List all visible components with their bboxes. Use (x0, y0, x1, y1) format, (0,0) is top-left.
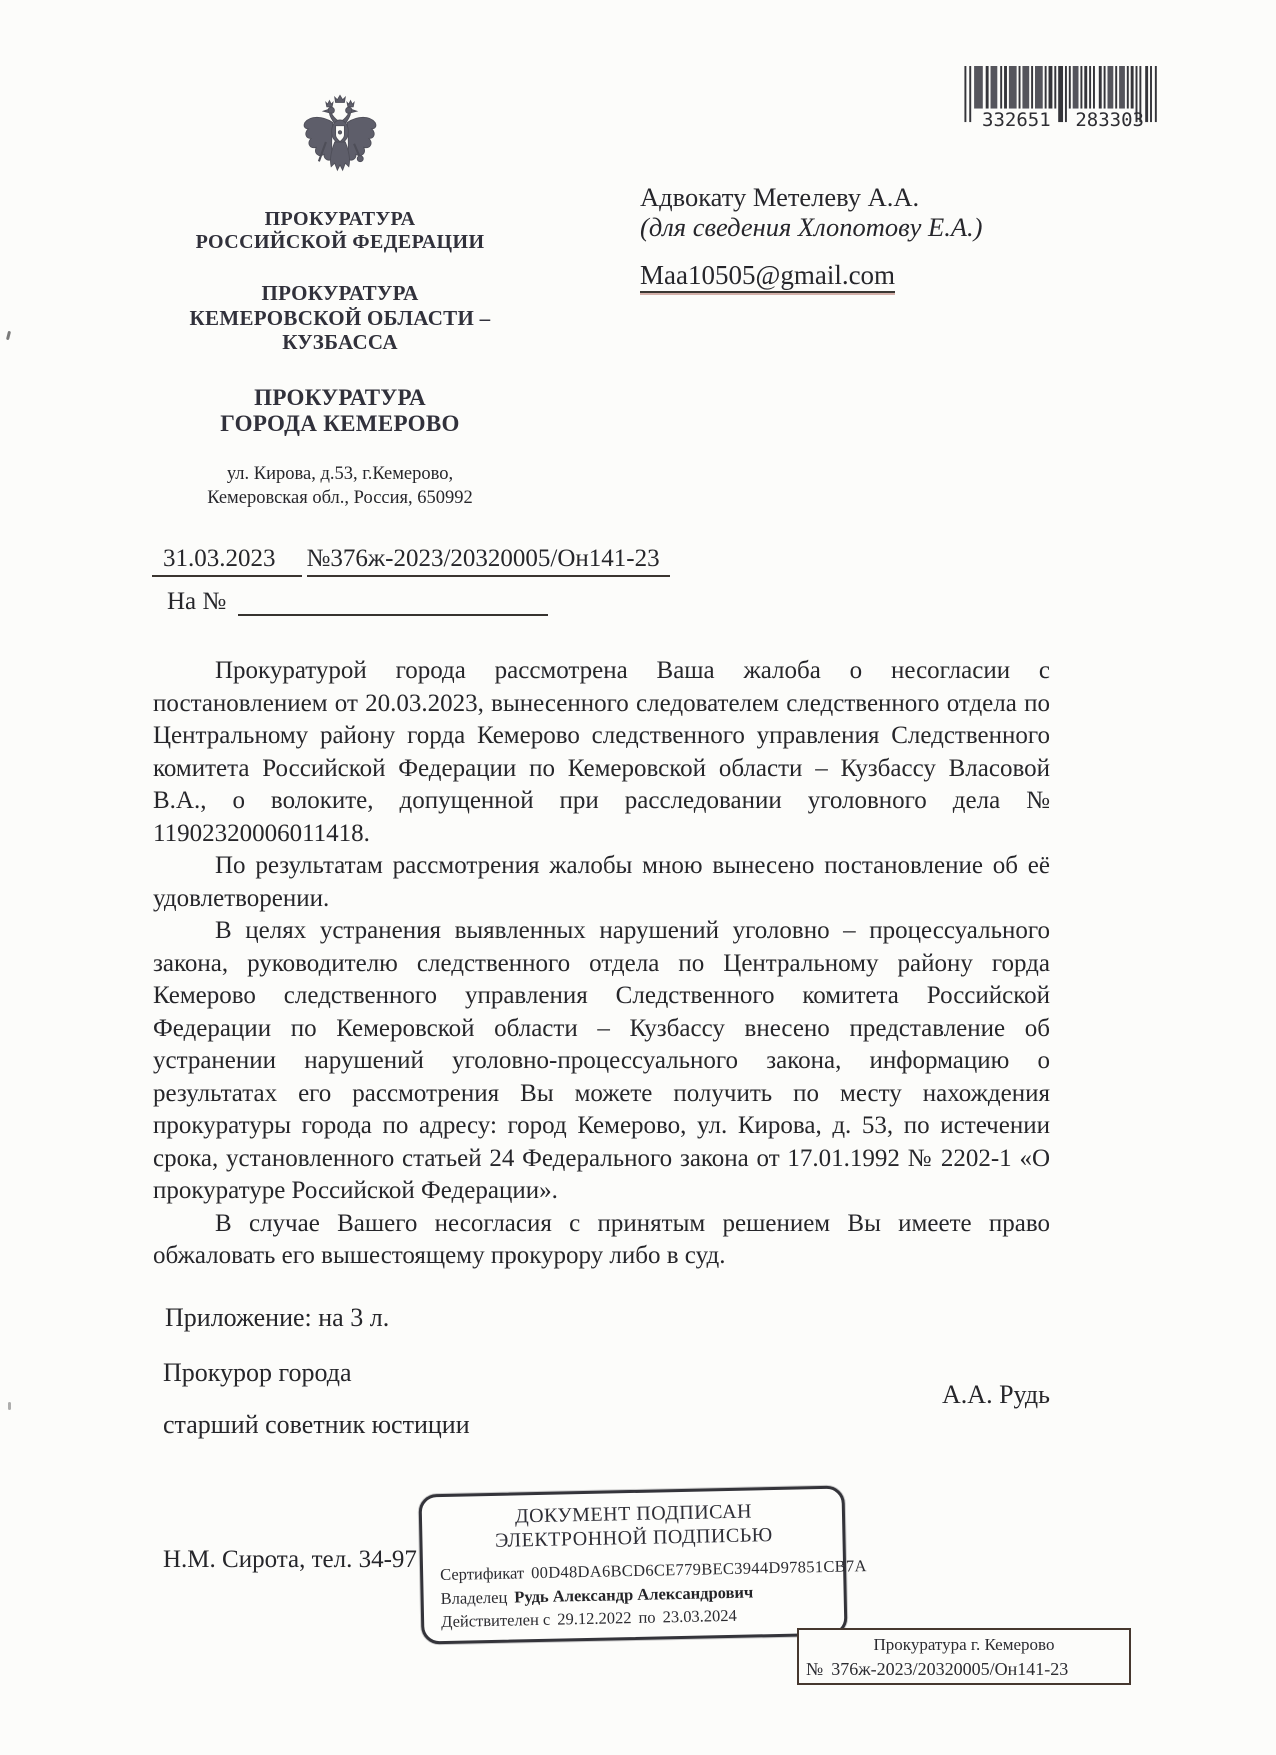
barcode-numbers: 332651 283303 (958, 109, 1170, 131)
body-paragraph: В случае Вашего несогласия с принятым ре… (153, 1208, 1050, 1273)
scan-artifact (8, 1402, 11, 1410)
reply-to-label: На № (167, 588, 226, 615)
letterhead-federation: ПРОКУРАТУРА РОССИЙСКОЙ ФЕДЕРАЦИИ (175, 208, 505, 254)
letterhead-line: ПРОКУРАТУРА (175, 385, 505, 411)
address-line: Кемеровская обл., Россия, 650992 (175, 486, 505, 510)
certificate-label: Сертификат (440, 1563, 524, 1584)
valid-from-date: 29.12.2022 (557, 1608, 632, 1629)
registration-number: 376ж-2023/20320005/Он141-23 (831, 1659, 1068, 1679)
esignature-stamp: ДОКУМЕНТ ПОДПИСАН ЭЛЕКТРОННОЙ ПОДПИСЬЮ С… (418, 1486, 847, 1645)
signer-name: А.А. Рудь (890, 1380, 1050, 1410)
barcode: 332651 283303 (958, 66, 1170, 131)
letterhead-line: КУЗБАССА (175, 330, 505, 355)
letter-body: Прокуратурой города рассмотрена Ваша жал… (153, 655, 1050, 1273)
scanned-letter-page: 332651 283303 (0, 0, 1276, 1755)
letterhead-address: ул. Кирова, д.53, г.Кемерово, Кемеровска… (175, 462, 505, 510)
executor-contact: Н.М. Сирота, тел. 34-97 (163, 1546, 417, 1574)
letterhead-line: РОССИЙСКОЙ ФЕДЕРАЦИИ (175, 231, 505, 254)
registration-number-row: №376ж-2023/20320005/Он141-23 (806, 1659, 1129, 1680)
barcode-number-right: 283303 (1075, 109, 1144, 131)
letter-date: 31.03.2023 (152, 545, 302, 577)
validity-label: Действителен с (441, 1610, 551, 1631)
owner-name: Рудь Александр Александрович (514, 1582, 753, 1606)
recipient-cc: (для сведения Хлопотову Е.А.) (640, 212, 982, 242)
attachment-note: Приложение: на 3 л. (165, 1303, 389, 1333)
barcode-number-left: 332651 (982, 109, 1051, 131)
certificate-value: 00D48DA6BCD6CE779BEC3944D97851CB7A (531, 1556, 867, 1582)
recipient-block: Адвокату Метелеву А.А. (для сведения Хло… (640, 182, 982, 290)
reply-to-blank (238, 590, 548, 616)
valid-to-label: по (638, 1608, 655, 1627)
valid-to-date: 23.03.2024 (662, 1606, 737, 1627)
email-address: Maa10505@gmail.com (640, 260, 895, 293)
letterhead-region: ПРОКУРАТУРА КЕМЕРОВСКОЙ ОБЛАСТИ – КУЗБАС… (175, 281, 505, 355)
reference-line: 31.03.2023№376ж-2023/20320005/Он141-23 (152, 545, 670, 573)
address-line: ул. Кирова, д.53, г.Кемерово, (175, 462, 505, 486)
esignature-title: ДОКУМЕНТ ПОДПИСАН ЭЛЕКТРОННОЙ ПОДПИСЬЮ (439, 1499, 829, 1554)
registration-stamp: Прокуратура г. Кемерово №376ж-2023/20320… (797, 1628, 1131, 1685)
letterhead-city: ПРОКУРАТУРА ГОРОДА КЕМЕРОВО (175, 385, 505, 437)
letterhead-line: ПРОКУРАТУРА (175, 208, 505, 231)
registration-number-label: № (806, 1659, 823, 1679)
letterhead-line: ПРОКУРАТУРА (175, 281, 505, 306)
scan-artifact (6, 331, 11, 340)
recipient-name: Адвокату Метелеву А.А. (640, 182, 982, 212)
registration-org: Прокуратура г. Кемерово (799, 1635, 1129, 1655)
body-paragraph: По результатам рассмотрения жалобы мною … (153, 850, 1050, 915)
owner-label: Владелец (440, 1587, 507, 1607)
body-paragraph: Прокуратурой города рассмотрена Ваша жал… (153, 655, 1050, 850)
reply-to-line: На № (167, 588, 548, 616)
letterhead-line: ГОРОДА КЕМЕРОВО (175, 411, 505, 437)
signer-position-line1: Прокурор города (163, 1358, 352, 1388)
body-paragraph: В целях устранения выявленных нарушений … (153, 915, 1050, 1208)
recipient-email: Maa10505@gmail.com (640, 260, 982, 290)
letterhead-line: КЕМЕРОВСКОЙ ОБЛАСТИ – (175, 306, 505, 331)
signer-position-line2: старший советник юстиции (163, 1410, 470, 1440)
coat-of-arms-icon (296, 92, 384, 192)
letter-number: №376ж-2023/20320005/Он141-23 (307, 545, 670, 577)
